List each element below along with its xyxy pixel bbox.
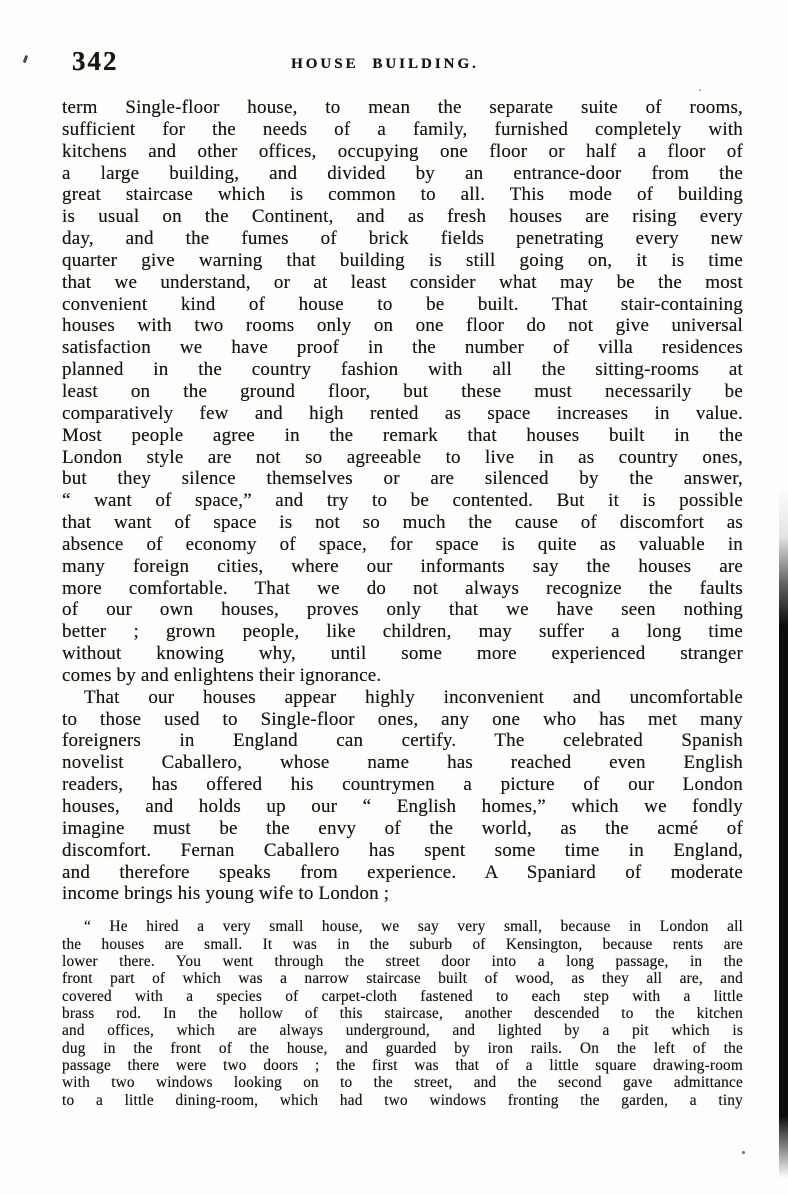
text-line: that want of space is not so much the ca…: [62, 512, 743, 534]
text-line: houses with two rooms only on one floor …: [62, 315, 743, 337]
book-page: 342 HOUSE BUILDING. term Single-floor ho…: [0, 0, 788, 1195]
text-line: least on the ground floor, but these mus…: [62, 381, 743, 403]
text-line: sufficient for the needs of a family, fu…: [62, 119, 743, 141]
text-line: more comfortable. That we do not always …: [62, 578, 743, 600]
text-line: foreigners in England can certify. The c…: [62, 730, 743, 752]
text-line: covered with a species of carpet-cloth f…: [62, 988, 743, 1005]
text-line: “ want of space,” and try to be contente…: [62, 490, 743, 512]
text-line: better ; grown people, like children, ma…: [62, 621, 743, 643]
scan-edge-shadow: [779, 488, 788, 1178]
text-line: novelist Caballero, whose name has reach…: [62, 752, 743, 774]
text-line: kitchens and other offices, occupying on…: [62, 141, 743, 163]
text-line: dug in the front of the house, and guard…: [62, 1040, 743, 1057]
text-line: planned in the country fashion with all …: [62, 359, 743, 381]
text-line: income brings his young wife to London ;: [62, 883, 743, 905]
text-line: discomfort. Fernan Caballero has spent s…: [62, 840, 743, 862]
text-line: comparatively few and high rented as spa…: [62, 403, 743, 425]
text-line: front part of which was a narrow stairca…: [62, 970, 743, 987]
text-line: that we understand, or at least consider…: [62, 272, 743, 294]
text-line: absence of economy of space, for space i…: [62, 534, 743, 556]
scan-artifact-dot: [699, 89, 701, 91]
text-line: satisfaction we have proof in the number…: [62, 337, 743, 359]
text-line: London style are not so agreeable to liv…: [62, 447, 743, 469]
text-line: many foreign cities, where our informant…: [62, 556, 743, 578]
text-line: comes by and enlightens their ignorance.: [62, 665, 743, 687]
blockquote-excerpt: “ He hired a very small house, we say ve…: [62, 918, 743, 1109]
text-line: passage there were two doors ; the first…: [62, 1057, 743, 1074]
text-line: but they silence themselves or are silen…: [62, 468, 743, 490]
text-line: Most people agree in the remark that hou…: [62, 425, 743, 447]
text-line: imagine must be the envy of the world, a…: [62, 818, 743, 840]
text-line: and therefore speaks from experience. A …: [62, 862, 743, 884]
text-line: quarter give warning that building is st…: [62, 250, 743, 272]
text-line: brass rod. In the hollow of this stairca…: [62, 1005, 743, 1022]
page-body: term Single-floor house, to mean the sep…: [62, 97, 743, 1109]
paragraph-main: That our houses appear highly inconvenie…: [62, 687, 743, 905]
text-line: day, and the fumes of brick fields penet…: [62, 228, 743, 250]
text-line: to those used to Single-floor ones, any …: [62, 709, 743, 731]
text-line: That our houses appear highly inconvenie…: [62, 687, 743, 709]
scan-artifact-dot: [742, 1151, 745, 1154]
running-title: HOUSE BUILDING.: [0, 57, 770, 72]
text-line: and offices, which are always undergroun…: [62, 1022, 743, 1039]
text-line: readers, has offered his countrymen a pi…: [62, 774, 743, 796]
text-line: to a little dining-room, which had two w…: [62, 1092, 743, 1109]
text-line: without knowing why, until some more exp…: [62, 643, 743, 665]
text-line: “ He hired a very small house, we say ve…: [62, 918, 743, 935]
text-line: with two windows looking on to the stree…: [62, 1074, 743, 1091]
text-line: great staircase which is common to all. …: [62, 184, 743, 206]
text-line: is usual on the Continent, and as fresh …: [62, 206, 743, 228]
text-line: houses, and holds up our “ English homes…: [62, 796, 743, 818]
text-line: lower there. You went through the street…: [62, 953, 743, 970]
text-line: term Single-floor house, to mean the sep…: [62, 97, 743, 119]
text-line: of our own houses, proves only that we h…: [62, 599, 743, 621]
text-line: the houses are small. It was in the subu…: [62, 936, 743, 953]
text-line: a large building, and divided by an entr…: [62, 163, 743, 185]
text-line: convenient kind of house to be built. Th…: [62, 294, 743, 316]
paragraph-continuation: term Single-floor house, to mean the sep…: [62, 97, 743, 687]
